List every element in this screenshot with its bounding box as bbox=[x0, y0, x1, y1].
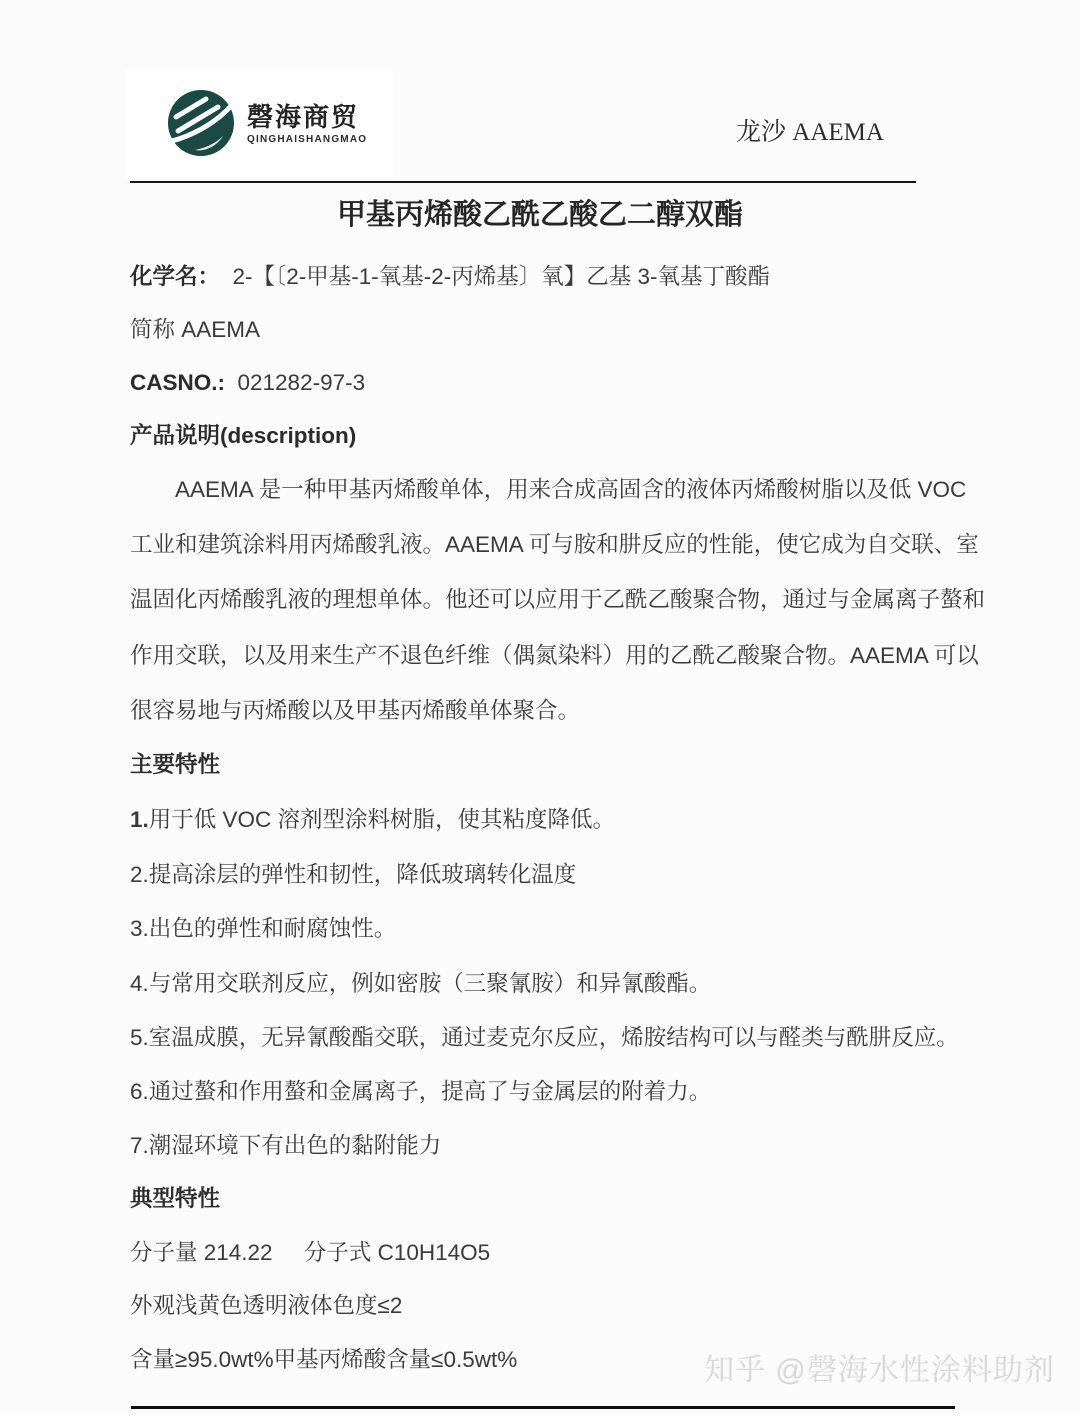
feature-text: 提高涂层的弹性和韧性，降低玻璃转化温度 bbox=[149, 862, 577, 887]
description-line: 工业和建筑涂料用丙烯酸乳液。AAEMA 可与胺和肼反应的性能，使它成为自交联、室 bbox=[130, 518, 979, 572]
header-divider bbox=[130, 181, 916, 183]
chem-name-label: 化学名： bbox=[130, 264, 220, 289]
feature-item: 1.用于低 VOC 溶剂型涂料树脂，使其粘度降低。 bbox=[130, 793, 615, 847]
feature-text: 与常用交联剂反应，例如密胺（三聚氰胺）和异氰酸酯。 bbox=[149, 971, 712, 996]
feature-item: 6.通过螯和作用螯和金属离子，提高了与金属层的附着力。 bbox=[130, 1065, 711, 1119]
casno-label: CASNO.: bbox=[130, 370, 225, 395]
feature-item: 7.潮湿环境下有出色的黏附能力 bbox=[130, 1119, 441, 1173]
feature-num: 5. bbox=[130, 1025, 149, 1050]
features-heading: 主要特性 bbox=[130, 738, 220, 792]
feature-item: 4.与常用交联剂反应，例如密胺（三聚氰胺）和异氰酸酯。 bbox=[130, 957, 711, 1011]
logo-name-cn: 磬海商贸 bbox=[247, 104, 367, 130]
typical-row: 外观浅黄色透明液体色度≤2 bbox=[130, 1279, 402, 1333]
document-page: 磬海商贸 QINGHAISHANGMAO 龙沙 AAEMA 甲基丙烯酸乙酰乙酸乙… bbox=[0, 0, 1080, 1415]
feature-num: 7. bbox=[130, 1133, 149, 1158]
typical-heading: 典型特性 bbox=[130, 1172, 220, 1226]
feature-text: 出色的弹性和耐腐蚀性。 bbox=[149, 916, 397, 941]
logo-text-block: 磬海商贸 QINGHAISHANGMAO bbox=[247, 104, 367, 145]
abbr-line: 简称 AAEMA bbox=[130, 303, 260, 357]
brand-right-label: 龙沙 AAEMA bbox=[690, 112, 930, 148]
description-line: 温固化丙烯酸乳液的理想单体。他还可以应用于乙酰乙酸聚合物，通过与金属离子螯和 bbox=[130, 573, 985, 627]
description-line: AAEMA 是一种甲基丙烯酸单体，用来合成高固含的液体丙烯酸树脂以及低 VOC bbox=[130, 463, 966, 517]
feature-num: 4. bbox=[130, 971, 149, 996]
feature-num: 6. bbox=[130, 1079, 149, 1104]
casno-line: CASNO.: 021282-97-3 bbox=[130, 356, 365, 410]
feature-text: 通过螯和作用螯和金属离子，提高了与金属层的附着力。 bbox=[149, 1079, 712, 1104]
feature-text: 室温成膜，无异氰酸酯交联，通过麦克尔反应，烯胺结构可以与醛类与酰肼反应。 bbox=[149, 1025, 959, 1050]
zhihu-watermark: 知乎 @磬海水性涂料助剂 bbox=[655, 1345, 1055, 1389]
logo-name-en: QINGHAISHANGMAO bbox=[247, 135, 367, 145]
feature-text: 用于低 VOC 溶剂型涂料树脂，使其粘度降低。 bbox=[149, 807, 615, 832]
feature-item: 3.出色的弹性和耐腐蚀性。 bbox=[130, 902, 396, 956]
chem-name-value: 2-【〔2-甲基-1-氧基-2-丙烯基〕氧】乙基 3-氧基丁酸酯 bbox=[220, 264, 770, 289]
globe-swoosh-icon bbox=[165, 88, 237, 160]
page-title: 甲基丙烯酸乙酰乙酸乙二醇双酯 bbox=[0, 185, 1080, 245]
footer-divider bbox=[131, 1406, 955, 1409]
feature-num: 3. bbox=[130, 916, 149, 941]
typical-row: 分子量 214.22 分子式 C10H14O5 bbox=[130, 1226, 490, 1280]
feature-text: 潮湿环境下有出色的黏附能力 bbox=[149, 1133, 442, 1158]
description-line: 作用交联，以及用来生产不退色纤维（偶氮染料）用的乙酰乙酸聚合物。AAEMA 可以 bbox=[130, 629, 979, 683]
description-line: 很容易地与丙烯酸以及甲基丙烯酸单体聚合。 bbox=[130, 684, 580, 738]
chem-name-line: 化学名： 2-【〔2-甲基-1-氧基-2-丙烯基〕氧】乙基 3-氧基丁酸酯 bbox=[130, 250, 770, 304]
casno-value: 021282-97-3 bbox=[225, 370, 365, 395]
company-logo: 磬海商贸 QINGHAISHANGMAO bbox=[125, 70, 393, 178]
feature-item: 5.室温成膜，无异氰酸酯交联，通过麦克尔反应，烯胺结构可以与醛类与酰肼反应。 bbox=[130, 1011, 959, 1065]
feature-num: 2. bbox=[130, 862, 149, 887]
feature-item: 2.提高涂层的弹性和韧性，降低玻璃转化温度 bbox=[130, 848, 576, 902]
typical-row: 含量≥95.0wt%甲基丙烯酸含量≤0.5wt% bbox=[130, 1333, 517, 1387]
feature-num: 1. bbox=[130, 807, 149, 832]
description-heading: 产品说明(description) bbox=[130, 409, 356, 463]
